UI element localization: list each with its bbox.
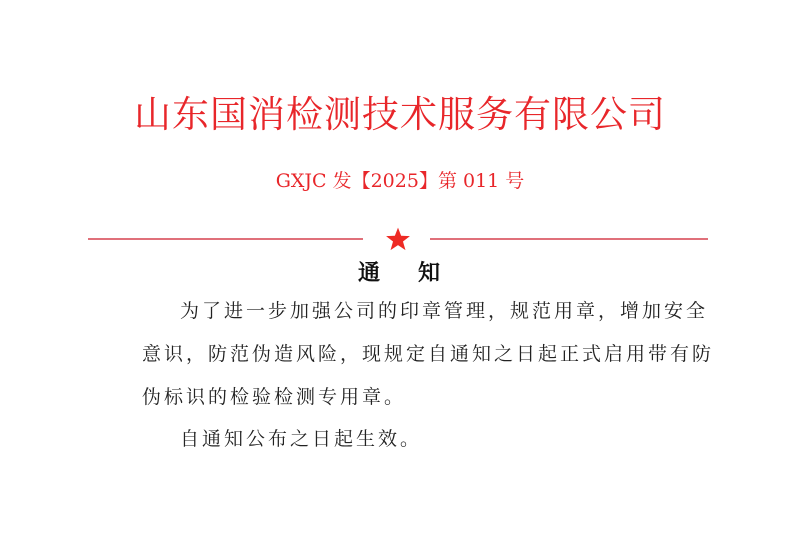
notice-heading: 通知 — [0, 256, 800, 287]
heading-char: 通 — [358, 256, 382, 287]
red-rule-right — [430, 238, 708, 240]
paragraph-line: 为了进一步加强公司的印章管理，规范用章，增加安全 — [142, 290, 722, 333]
paragraph-line: 伪标识的检验检测专用章。 — [142, 376, 722, 419]
heading-char: 知 — [418, 256, 442, 287]
paragraph-line: 意识，防范伪造风险，现规定自通知之日起正式启用带有防 — [142, 333, 722, 376]
issuer-title: 山东国消检测技术服务有限公司 — [0, 84, 800, 138]
paragraph-line: 自通知公布之日起生效。 — [142, 418, 722, 461]
body-paragraph-2: 自通知公布之日起生效。 — [142, 418, 722, 461]
body-paragraph-1: 为了进一步加强公司的印章管理，规范用章，增加安全 意识，防范伪造风险，现规定自通… — [142, 290, 722, 419]
document-number: GXJC 发【2025】第 011 号 — [0, 166, 800, 193]
red-rule-left — [88, 238, 363, 240]
star-icon — [385, 226, 411, 252]
